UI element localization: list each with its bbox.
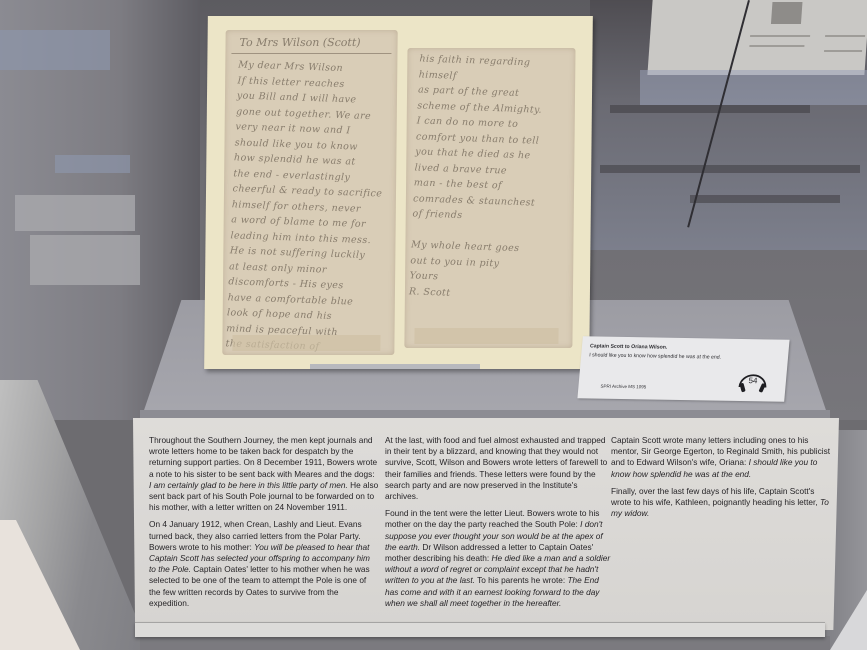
audio-guide-number: 54 (748, 376, 758, 385)
reflected-text-line (825, 35, 865, 37)
panel-paragraph: At the last, with food and fuel almost e… (385, 435, 611, 502)
letter-mount: To Mrs Wilson (Scott) My dear Mrs Wilson… (204, 16, 593, 369)
reflection-band (55, 155, 130, 173)
letter-page-left: To Mrs Wilson (Scott) My dear Mrs Wilson… (222, 30, 397, 355)
panel-paragraph: Finally, over the last few days of his l… (611, 486, 833, 520)
headphones-icon: 54 (735, 369, 771, 394)
panel-paragraph: On 4 January 1912, when Crean, Lashly an… (149, 519, 379, 609)
reflected-sledge-bar (600, 165, 860, 173)
mounting-tape (414, 328, 558, 344)
reflection-ceiling-tile (30, 235, 140, 285)
panel-paragraph: Throughout the Southern Journey, the men… (149, 435, 379, 513)
mounting-tape (232, 335, 380, 351)
panel-quote: I am certainly glad to be here in this l… (149, 480, 348, 490)
interpretive-text-panel: Throughout the Southern Journey, the men… (133, 418, 839, 630)
reflected-text-line (824, 50, 862, 52)
panel-paragraph: Found in the tent were the letter Lieut.… (385, 508, 611, 609)
mount-stand (310, 364, 480, 369)
caption-title: Captain Scott to Oriana Wilson. (590, 343, 781, 352)
panel-column-1: Throughout the Southern Journey, the men… (149, 435, 379, 615)
case-base-strip (140, 636, 830, 650)
letter-handwriting: his faith in regarding himself as part o… (404, 48, 575, 311)
panel-text: Throughout the Southern Journey, the men… (149, 435, 377, 479)
caption-quote: I should like you to know how splendid h… (589, 352, 759, 362)
letter-page-right: his faith in regarding himself as part o… (404, 48, 575, 348)
panel-text: To his parents he wrote: (475, 575, 568, 585)
reflected-poster-image (771, 2, 803, 24)
reflection-band (640, 70, 867, 105)
display-case-scene: To Mrs Wilson (Scott) My dear Mrs Wilson… (0, 0, 867, 650)
reflection-band (0, 30, 110, 70)
caption-archive-reference: SPRI Archive MS 1095 (600, 384, 646, 390)
reflection-ceiling-tile (15, 195, 135, 231)
object-caption-label: Captain Scott to Oriana Wilson. I should… (577, 336, 789, 402)
glass-reflection-right (590, 0, 867, 250)
reflected-text-line (750, 35, 810, 37)
panel-column-2: At the last, with food and fuel almost e… (385, 435, 611, 615)
reflected-text-line (749, 45, 804, 47)
panel-text: Finally, over the last few days of his l… (611, 486, 820, 507)
reflected-sledge-bar (610, 105, 810, 113)
reflected-sledge-bar (690, 195, 840, 203)
reflected-poster (647, 0, 867, 75)
panel-paragraph: Captain Scott wrote many letters includi… (611, 435, 833, 480)
letter-handwriting: My dear Mrs Wilson If this letter reache… (222, 51, 397, 355)
panel-column-3: Captain Scott wrote many letters includi… (611, 435, 833, 525)
panel-text: Found in the tent were the letter Lieut.… (385, 508, 599, 529)
letter-heading: To Mrs Wilson (Scott) (231, 30, 391, 54)
panel-ledge (135, 622, 825, 637)
